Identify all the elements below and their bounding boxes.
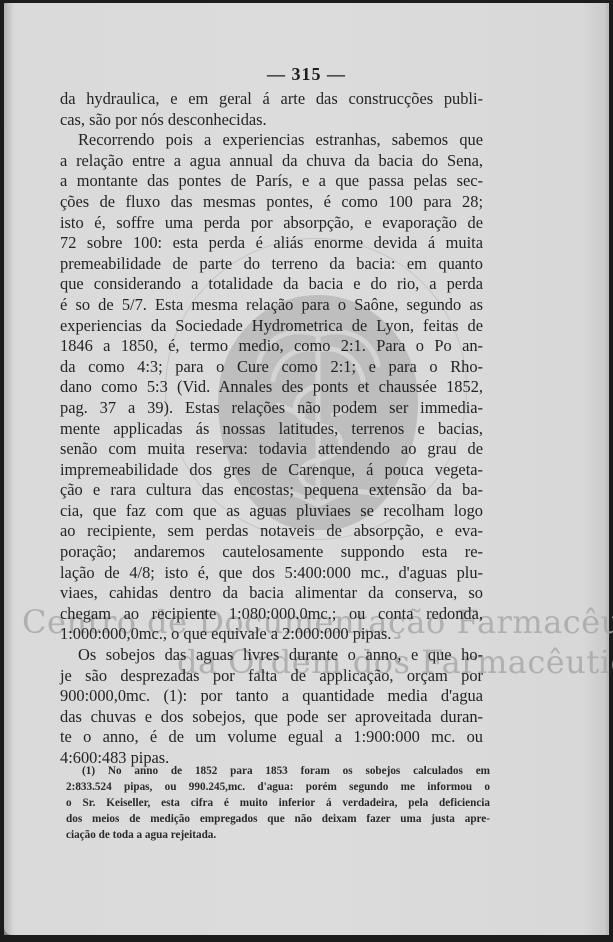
text-line: é so de 5/7. Esta mesma relação para o S… xyxy=(60,295,483,316)
text-line: cas, são por nós desconhecidas. xyxy=(60,110,483,131)
text-line: experiencias da Sociedade Hydrometrica d… xyxy=(60,316,483,337)
text-line: 1:000:000,0mc., o que equivale a 2:000:0… xyxy=(60,624,483,645)
text-line: je são desprezadas por falta de applicaç… xyxy=(60,666,483,687)
text-line: senão com muita reserva: todavia attende… xyxy=(60,439,483,460)
text-line: ciação de toda a agua rejeitada. xyxy=(66,827,490,843)
text-line: 1846 a 1850, é, termo medio, como 2:1. P… xyxy=(60,336,483,357)
text-line: que considerando a totalidade da bacia e… xyxy=(60,274,483,295)
text-line: mente applicadas ás nossas latitudes, te… xyxy=(60,419,483,440)
text-line: da como 4:3; para o Cure como 2:1; e par… xyxy=(60,357,483,378)
text-line: pag. 37 a 39). Estas relações não podem … xyxy=(60,398,483,419)
text-line: isto é, soffre uma perda por absorpção, … xyxy=(60,213,483,234)
footnote: (1) No anno de 1852 para 1853 foram os s… xyxy=(66,763,490,843)
text-line: premeabilidade de parte do terreno da ba… xyxy=(60,254,483,275)
text-layer: — 315 — da hydraulica, e em geral á arte… xyxy=(0,0,613,942)
text-line: chegam ao recipiente 1:080:000.0mc.; ou … xyxy=(60,604,483,625)
text-line: 2:833.524 pipas, ou 990.245,mc. d'agua: … xyxy=(66,779,490,795)
text-line: (1) No anno de 1852 para 1853 foram os s… xyxy=(66,763,490,779)
text-line: o Sr. Keiseller, esta cifra é muito infe… xyxy=(66,795,490,811)
text-line: poração; andaremos cautelosamente suppon… xyxy=(60,542,483,563)
text-line: ao recipiente, sem perdas notaveis de ab… xyxy=(60,521,483,542)
text-line: impremeabilidade dos gres de Carenque, á… xyxy=(60,460,483,481)
text-line: dano como 5:3 (Vid. Annales des ponts et… xyxy=(60,377,483,398)
text-line: da hydraulica, e em geral á arte das con… xyxy=(60,89,483,110)
text-line: ções de fluxo das mesmas pontes, é como … xyxy=(60,192,483,213)
text-line: dos meios de medição empregados que não … xyxy=(66,811,490,827)
text-line: viaes, cahidas dentro da bacia alimentar… xyxy=(60,583,483,604)
text-line: a montante das pontes de París, e a que … xyxy=(60,171,483,192)
text-line: te o anno, é de um volume egual a 1:900:… xyxy=(60,727,483,748)
text-line: das chuvas e dos sobejos, que pode ser a… xyxy=(60,707,483,728)
text-line: a relação entre a agua annual da chuva d… xyxy=(60,151,483,172)
body-paragraphs: da hydraulica, e em geral á arte das con… xyxy=(60,89,483,769)
text-line: Recorrendo pois a experiencias estranhas… xyxy=(60,130,483,151)
text-line: cia, que faz com que as aguas pluviaes s… xyxy=(60,501,483,522)
page-number: — 315 — xyxy=(0,64,613,85)
text-line: lação de 4/8; isto é, que dos 5:400:000 … xyxy=(60,563,483,584)
text-line: ção e rara cultura das encostas; pequena… xyxy=(60,480,483,501)
text-line: 900:000,0mc. (1): por tanto a quantidade… xyxy=(60,686,483,707)
text-line: 72 sobre 100: esta perda é aliás enorme … xyxy=(60,233,483,254)
text-line: Os sobejos das aguas livres durante o an… xyxy=(60,645,483,666)
